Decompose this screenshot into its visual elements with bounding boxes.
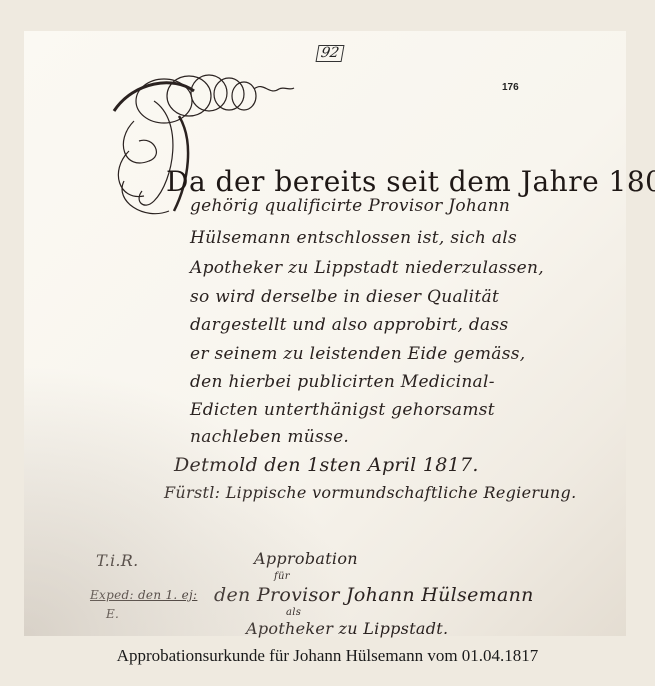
address-line: für (274, 571, 290, 582)
address-line: als (286, 607, 301, 618)
page-number: 176 (502, 82, 519, 93)
margin-note: T.i.R. (96, 551, 139, 570)
body-line: Edicten unterthänigst gehorsamst (190, 400, 495, 420)
address-line: den Provisor Johann Hülsemann (214, 584, 534, 606)
image-caption: Approbationsurkunde für Johann Hülsemann… (0, 646, 655, 666)
body-line: gehörig qualificirte Provisor Johann (190, 196, 510, 216)
body-line: so wird derselbe in dieser Qualität (190, 287, 499, 307)
body-line: nachleben müsse. (190, 427, 349, 447)
body-line: Hülsemann entschlossen ist, sich als (190, 228, 517, 248)
archive-number: 92 (316, 45, 345, 62)
address-line: Apotheker zu Lippstadt. (246, 619, 448, 638)
authority-line: Fürstl: Lippische vormundschaftliche Reg… (164, 483, 576, 502)
address-line: Approbation (254, 549, 358, 568)
body-line: dargestellt und also approbirt, dass (190, 315, 509, 335)
body-line: er seinem zu leistenden Eide gemäss, (190, 344, 526, 364)
body-line: Apotheker zu Lippstadt niederzulassen, (190, 258, 544, 278)
body-line: den hierbei publicirten Medicinal- (190, 372, 495, 392)
margin-note: Exped: den 1. ej: (90, 588, 197, 602)
margin-note: E. (106, 607, 119, 621)
date-line: Detmold den 1sten April 1817. (174, 454, 479, 476)
heading-line: Da der bereits seit dem Jahre 1803 (166, 165, 655, 198)
document-scan: 92 176 Da der bereits seit dem Jahre 180… (24, 31, 626, 636)
